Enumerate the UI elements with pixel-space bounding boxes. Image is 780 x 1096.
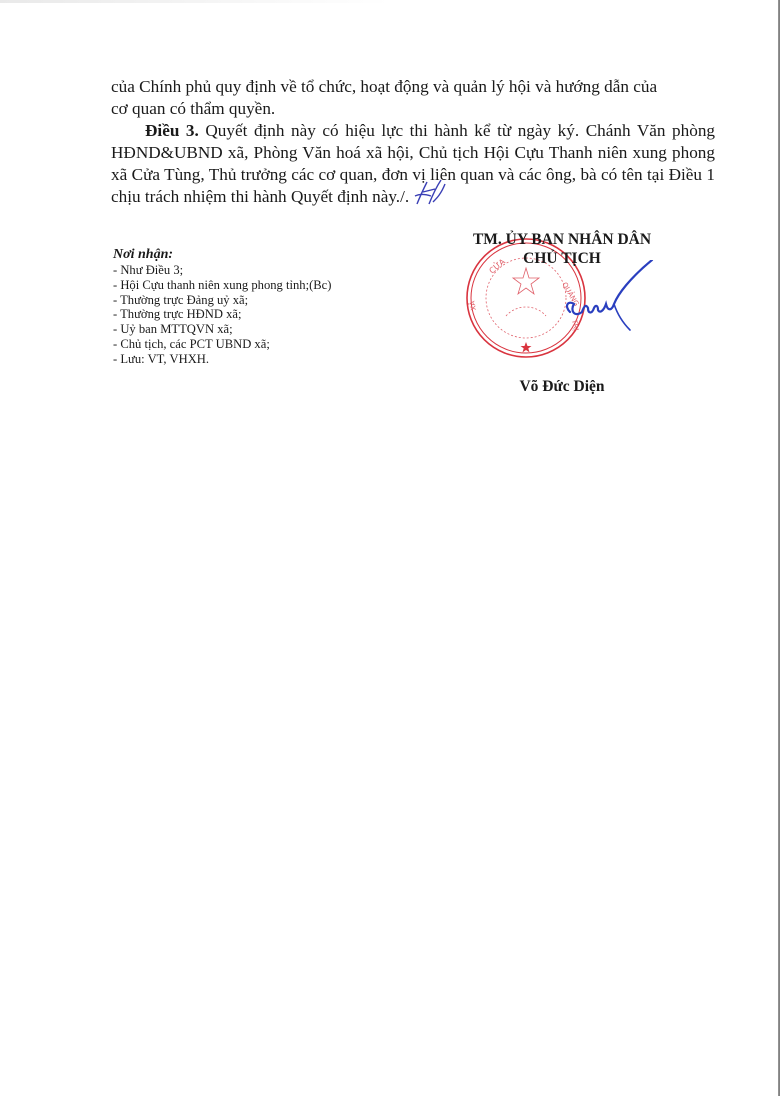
recipient-item: - Như Điều 3; xyxy=(113,263,331,278)
recipients-block: Nơi nhận: - Như Điều 3; - Hội Cựu thanh … xyxy=(113,247,331,367)
recipients-list: - Như Điều 3; - Hội Cựu thanh niên xung … xyxy=(113,263,331,367)
signature-organization: TM. ỦY BAN NHÂN DÂN xyxy=(440,230,684,249)
recipients-title: Nơi nhận: xyxy=(113,247,331,263)
scan-artifact-top xyxy=(0,0,390,3)
recipient-item: - Thường trực Đảng uỷ xã; xyxy=(113,293,331,308)
recipient-item: - Uỷ ban MTTQVN xã; xyxy=(113,322,331,337)
document-body: của Chính phủ quy định về tổ chức, hoạt … xyxy=(111,76,715,208)
recipient-item: - Hội Cựu thanh niên xung phong tỉnh;(Bc… xyxy=(113,278,331,293)
recipient-item: - Lưu: VT, VHXH. xyxy=(113,352,331,367)
paragraph-continuation-line-2: cơ quan có thẩm quyền. xyxy=(111,98,715,120)
initials-icon xyxy=(411,178,447,208)
article-3: Điều 3. Quyết định này có hiệu lực thi h… xyxy=(111,120,715,208)
recipient-item: - Thường trực HĐND xã; xyxy=(113,307,331,322)
handwritten-signature-icon xyxy=(560,260,660,340)
paragraph-continuation-line-1: của Chính phủ quy định về tổ chức, hoạt … xyxy=(111,76,715,98)
recipient-item: - Chủ tịch, các PCT UBND xã; xyxy=(113,337,331,352)
svg-text:XÃ: XÃ xyxy=(467,300,478,311)
signer-name: Võ Đức Diện xyxy=(440,378,684,396)
article-3-label: Điều 3. xyxy=(145,121,199,140)
